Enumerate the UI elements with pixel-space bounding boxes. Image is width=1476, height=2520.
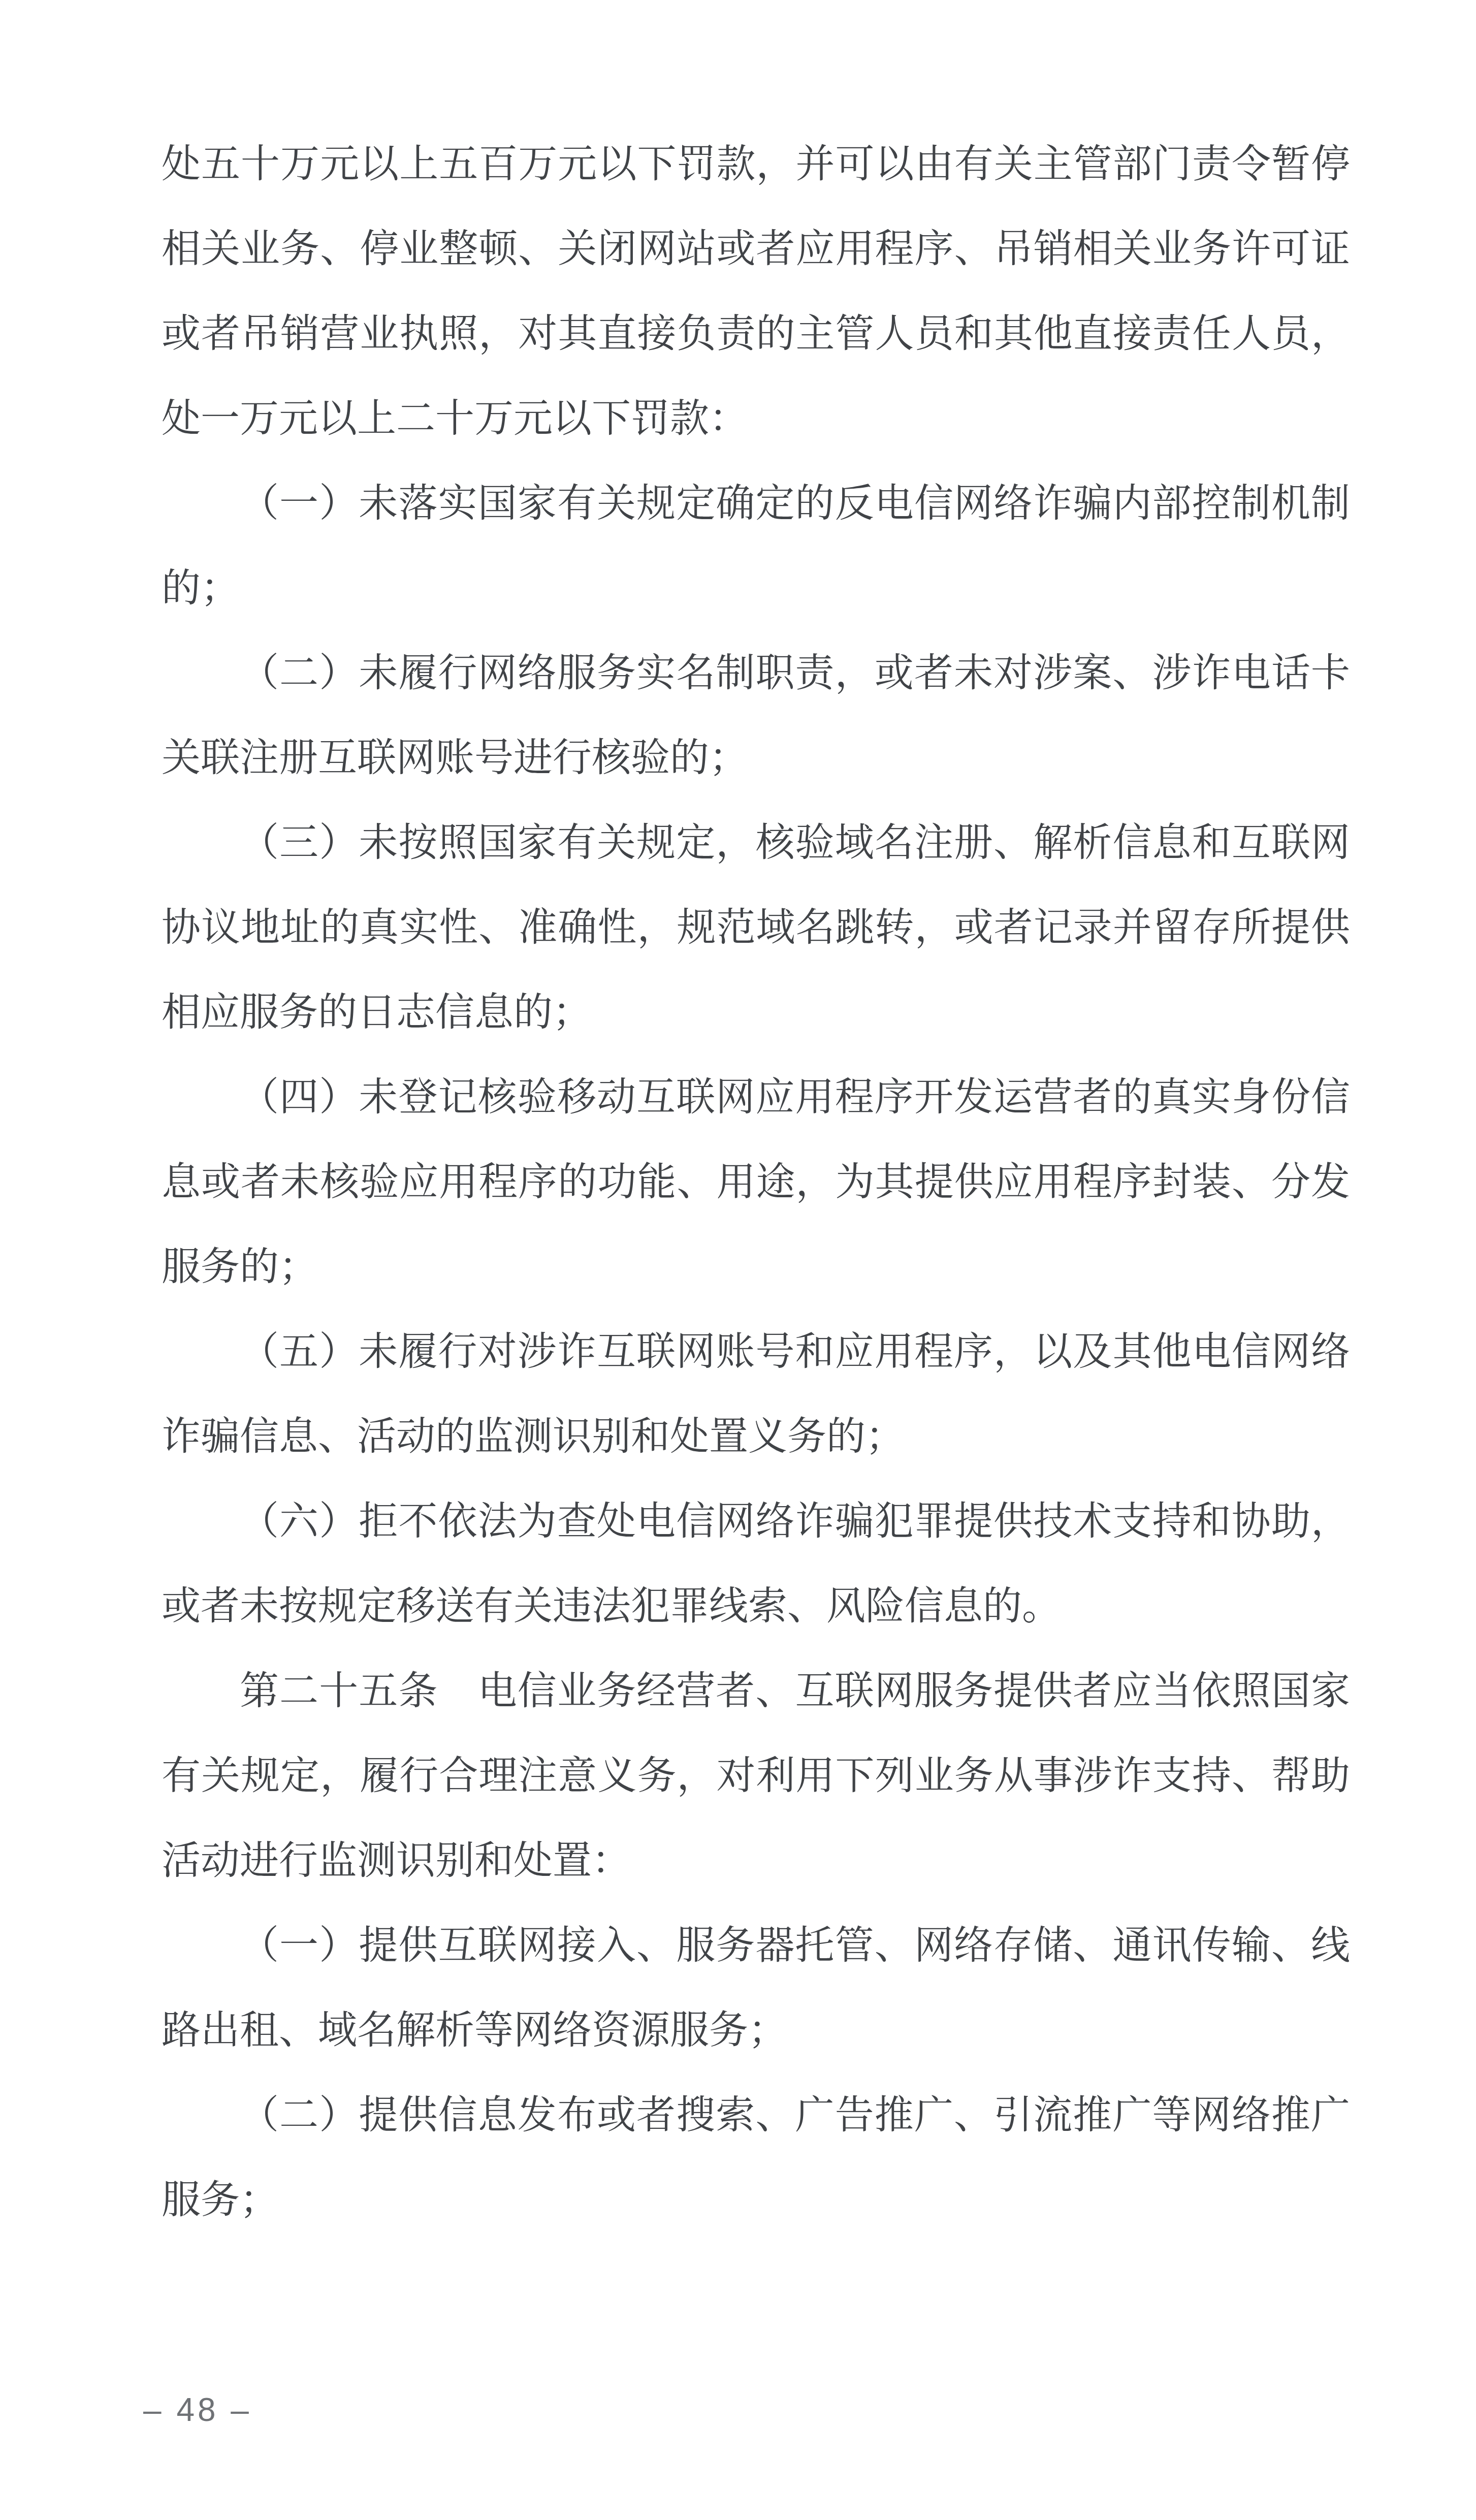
paragraph-item-1: （一）未落实国家有关规定确定的反电信网络诈骗内部控制机制的； [162,461,1350,631]
paragraph-item-3: （三）未按照国家有关规定，核验域名注册、解析信息和互联网协议地址的真实性、准确性… [162,801,1350,1055]
page-number: – 48 – [143,2394,252,2426]
paragraph-continuation: 处五十万元以上五百万元以下罚款，并可以由有关主管部门责令暂停相关业务、停业整顿、… [162,122,1350,461]
paragraph-article-25-item-2: （二）提供信息发布或者搜索、广告推广、引流推广等网络推广服务； [162,2073,1350,2243]
document-page: 处五十万元以上五百万元以下罚款，并可以由有关主管部门责令暂停相关业务、停业整顿、… [0,0,1476,2520]
paragraph-article-25-item-1: （一）提供互联网接入、服务器托管、网络存储、通讯传输、线路出租、域名解析等网络资… [162,1903,1350,2073]
body-text: 处五十万元以上五百万元以下罚款，并可以由有关主管部门责令暂停相关业务、停业整顿、… [162,122,1350,2243]
paragraph-item-5: （五）未履行对涉诈互联网账号和应用程序，以及其他电信网络诈骗信息、活动的监测识别… [162,1310,1350,1479]
paragraph-item-4: （四）未登记核验移动互联网应用程序开发运营者的真实身份信息或者未核验应用程序的功… [162,1055,1350,1310]
paragraph-item-2: （二）未履行网络服务实名制职责，或者未对涉案、涉诈电话卡关联注册互联网账号进行核… [162,631,1350,801]
paragraph-article-25: 第二十五条 电信业务经营者、互联网服务提供者应当依照国家有关规定，履行合理注意义… [162,1649,1350,1903]
paragraph-item-6: （六）拒不依法为查处电信网络诈骗犯罪提供技术支持和协助，或者未按规定移送有关违法… [162,1479,1350,1649]
